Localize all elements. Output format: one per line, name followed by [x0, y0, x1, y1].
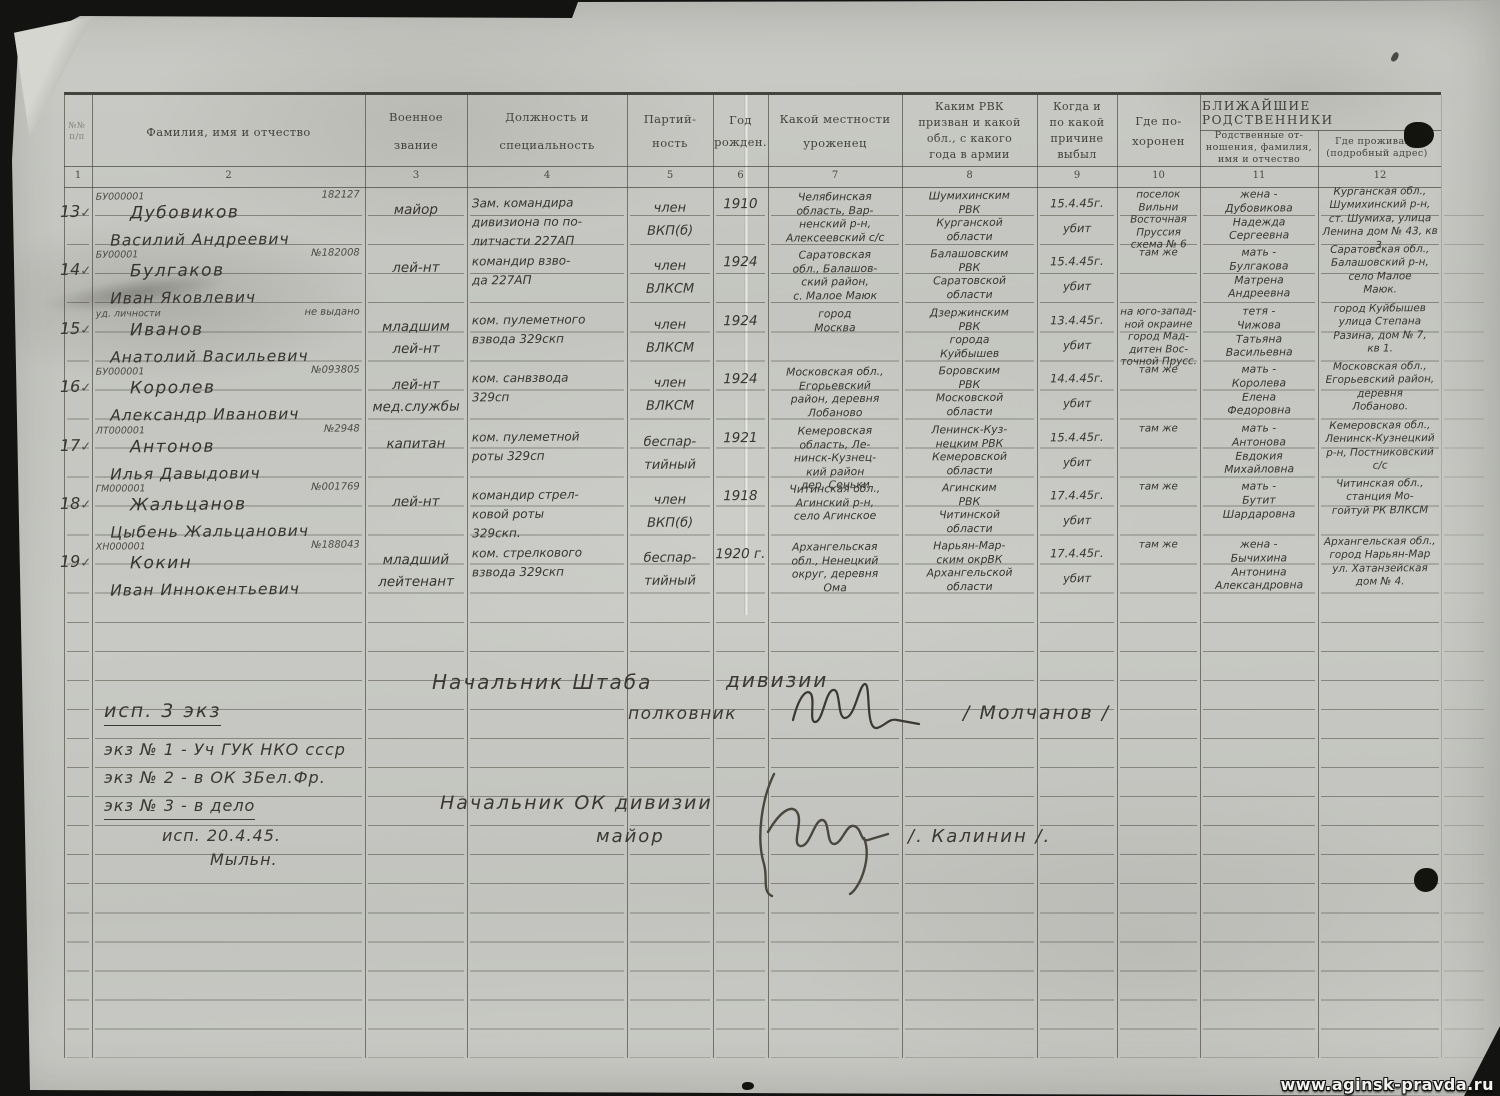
row-regno: не выдано [304, 306, 359, 317]
next-of-kin: мать - Булгакова Матрена Андреевна [1202, 245, 1316, 301]
row-code: БУ000001 [96, 366, 145, 377]
row-code: уд. личности [96, 308, 161, 320]
row-regno: №093805 [311, 365, 360, 376]
chief-of-staff-name: / Молчанов / [963, 702, 1110, 724]
row-code: БУ00001 [96, 250, 139, 261]
birthplace: город Москва [770, 306, 900, 334]
chief-ok-rank: майор [596, 826, 665, 847]
duty-position: ком. пулеметной роты 329сп [470, 427, 626, 466]
kin-address: Архангельская обл., город Нарьян-Мар ул.… [1320, 535, 1440, 590]
row-number: 16✓ [60, 377, 100, 396]
birth-year: 1924 [714, 254, 767, 270]
col-header-born: Год рожден. [713, 96, 768, 166]
given-name: Цыбень Жальцанович [110, 522, 309, 542]
surname: Антонов [130, 436, 215, 457]
duty-position: Зам. командира дивизиона по по- литчасти… [470, 193, 626, 251]
date-and-cause: 13.4.45г. убит [1039, 308, 1115, 359]
executor-signature: Мыльн. [210, 850, 278, 869]
row-number: 17✓ [60, 435, 100, 454]
next-of-kin: мать - Королева Елена Федоровна [1202, 362, 1316, 418]
executed-date: исп. 20.4.45. [162, 826, 281, 845]
given-name: Иван Иннокентьевич [110, 580, 300, 600]
row-code: БУ000001 [96, 191, 145, 202]
copy3-note: экз № 3 - в дело [104, 796, 255, 820]
birthplace: Московская обл., Егорьевский район, дере… [770, 365, 900, 421]
col-header-rvk: Каким РВК призван и какой обл., с какого… [904, 96, 1035, 166]
surname: Булгаков [130, 261, 225, 282]
military-rank: младший лейтенант [368, 549, 464, 594]
col-header-duty: Должность и специальность [470, 96, 624, 166]
surname: Кокин [130, 553, 193, 574]
row-regno: №001769 [311, 481, 360, 492]
check-mark: ✓ [80, 498, 91, 513]
party-membership: член ВЛКСМ [630, 255, 710, 302]
date-and-cause: 14.4.45г. убит [1039, 366, 1115, 417]
drafting-rvk: Балашовским РВК Саратовской области [904, 247, 1035, 303]
surname: Королев [130, 378, 216, 399]
signature-kalinin [742, 768, 912, 898]
given-name: Василий Андреевич [110, 230, 290, 250]
drafting-rvk: Боровским РВК Московской области [904, 364, 1035, 420]
birth-year: 1924 [714, 371, 767, 387]
date-and-cause: 17.4.45г. убит [1039, 541, 1115, 592]
row-number: 13✓ [60, 202, 100, 221]
party-membership: член ВЛКСМ [630, 313, 710, 360]
burial-place: там же [1119, 363, 1198, 376]
col-header-name: Фамилия, имя и отчество [96, 100, 361, 164]
next-of-kin: жена - Бычихина Антонина Александровна [1202, 537, 1316, 593]
party-membership: беспар- тийный [630, 547, 710, 594]
drafting-rvk: Ленинск-Куз- нецким РВК Кемеровской обла… [904, 422, 1035, 478]
party-membership: член ВКП(б) [630, 196, 710, 243]
copies-note: исп. 3 экз [104, 700, 221, 726]
date-and-cause: 15.4.45г. убит [1039, 191, 1115, 242]
row-code: ГМ000001 [96, 483, 146, 494]
col-header-relative: Родственные от- ношения, фамилия, имя и … [1202, 130, 1316, 166]
kin-address: Саратовская обл., Балашовский р-н, село … [1320, 243, 1440, 298]
chief-of-staff-title: Начальник Штаба [432, 670, 652, 694]
check-mark: ✓ [80, 323, 91, 338]
column-number: 5 [627, 170, 713, 181]
relatives-group-header: БЛИЖАЙШИЕ РОДСТВЕННИКИ [1202, 98, 1440, 128]
next-of-kin: мать - Бутит Шардаровна [1202, 479, 1316, 521]
chief-of-staff-rank: полковник [628, 704, 737, 724]
check-mark: ✓ [80, 439, 91, 454]
date-and-cause: 15.4.45г. убит [1039, 249, 1115, 300]
burial-place: там же [1119, 246, 1198, 259]
copy2-note: экз № 2 - в ОК 3Бел.Фр. [104, 768, 326, 787]
chief-ok-title: Начальник ОК дивизии [440, 792, 713, 814]
duty-position: командир взво- да 227АП [470, 251, 626, 290]
party-membership: член ВКП(б) [630, 488, 710, 535]
burial-place: на юго-запад- ной окраине город Мад- дит… [1119, 305, 1199, 369]
military-rank: младшим лей-нт [368, 315, 464, 360]
birth-year: 1910 [714, 196, 767, 212]
next-of-kin: жена - Дубовикова Надежда Сергеевна [1202, 187, 1316, 243]
given-name: Анатолий Васильевич [110, 347, 309, 367]
duty-position: ком. пулеметного взвода 329скп [470, 310, 626, 349]
kin-address: Московская обл., Егорьевский район, дере… [1320, 360, 1440, 415]
row-number: 14✓ [60, 260, 100, 279]
burial-place: там же [1119, 538, 1198, 551]
row-regno: №188043 [311, 540, 360, 551]
burial-place: там же [1119, 480, 1198, 493]
column-number: 6 [713, 170, 768, 181]
col-header-birthplace: Какой местности уроженец [770, 96, 900, 166]
copy1-note: экз № 1 - Уч ГУК НКО ссср [104, 740, 346, 759]
party-membership: беспар- тийный [630, 430, 710, 477]
birthplace: Челябинская область, Вар- ненский р-н, А… [770, 190, 900, 246]
duty-position: командир стрел- ковой роты 329скп. [470, 485, 626, 543]
column-number: 3 [365, 170, 467, 181]
drafting-rvk: Дзержинским РВК города Куйбышев [904, 305, 1035, 361]
birthplace: Читинская обл., Агинский р-н, село Агинс… [770, 482, 900, 524]
column-number: 8 [902, 170, 1037, 181]
date-and-cause: 17.4.45г. убит [1039, 483, 1115, 534]
kin-address: Читинская обл., станция Мо- гойтуй РК ВЛ… [1320, 477, 1440, 518]
col-header-npp: №№ п/п [60, 100, 94, 164]
burial-place: там же [1119, 422, 1198, 435]
next-of-kin: тетя - Чижова Татьяна Васильевна [1202, 304, 1316, 360]
row-number: 19✓ [60, 552, 100, 571]
next-of-kin: мать - Антонова Евдокия Михайловна [1202, 421, 1316, 477]
col-header-burial: Где по- хоронен [1119, 96, 1198, 166]
military-rank: лей-нт [368, 257, 464, 280]
col-header-fate: Когда и по какой причине выбыл [1039, 96, 1115, 166]
row-regno: №2948 [324, 423, 360, 434]
surname: Жальцанов [130, 494, 247, 515]
given-name: Иван Яковлевич [110, 289, 256, 308]
grid-ruling [64, 92, 1441, 95]
row-regno: №182008 [311, 248, 360, 259]
check-mark: ✓ [80, 381, 91, 396]
kin-address: город Куйбышев улица Степана Разина, дом… [1320, 302, 1440, 357]
duty-position: ком. санвзвода 329сп [470, 368, 626, 407]
column-number: 9 [1037, 170, 1117, 181]
birth-year: 1924 [714, 313, 767, 329]
birth-year: 1921 [714, 429, 767, 445]
signature-molchanov [785, 678, 925, 738]
drafting-rvk: Агинским РВК Читинской области [904, 481, 1035, 537]
grid-hline [64, 166, 1441, 167]
birth-year: 1918 [714, 488, 767, 504]
surname: Дубовиков [130, 202, 240, 223]
military-rank: лей-нт [368, 490, 464, 513]
drafting-rvk: Нарьян-Мар- ским окрВК Архангельской обл… [904, 539, 1035, 595]
column-number: 7 [768, 170, 902, 181]
row-code: ЛТ000001 [96, 425, 145, 436]
military-rank: майор [368, 198, 464, 221]
row-regno: 182127 [322, 189, 360, 200]
military-rank: капитан [368, 432, 464, 455]
column-number: 12 [1318, 170, 1442, 181]
birthplace: Архангельская обл., Ненецкий округ, дере… [770, 540, 900, 596]
column-number: 11 [1200, 170, 1318, 181]
given-name: Александр Иванович [110, 405, 299, 425]
row-number: 15✓ [60, 318, 100, 337]
drafting-rvk: Шумихинским РВК Курганской области [904, 189, 1035, 245]
scanned-document: №№ п/п Фамилия, имя и отчество Военное з… [0, 0, 1500, 1096]
duty-position: ком. стрелкового взвода 329скп [470, 543, 626, 582]
column-number: 10 [1117, 170, 1200, 181]
col-header-party: Партий- ность [630, 96, 710, 166]
site-watermark: www.aginsk-pravda.ru [1280, 1075, 1494, 1094]
military-rank: лей-нт мед.службы [368, 374, 464, 419]
column-number: 2 [92, 170, 365, 181]
column-number: 1 [64, 170, 92, 181]
surname: Иванов [130, 320, 204, 341]
check-mark: ✓ [80, 264, 91, 279]
birth-year: 1920 г. [714, 546, 767, 562]
kin-address: Кемеровская обл., Ленинск-Кузнецкий р-н,… [1320, 419, 1440, 474]
date-and-cause: 15.4.45г. убит [1039, 424, 1115, 475]
birthplace: Саратовская обл., Балашов- ский район, с… [770, 248, 900, 304]
check-mark: ✓ [80, 206, 91, 221]
party-membership: член ВЛКСМ [630, 372, 710, 419]
burial-place: поселок Вильни Восточная Пруссия схема №… [1119, 188, 1199, 252]
col-header-rank: Военное звание [368, 96, 464, 166]
chief-ok-name: /. Калинин /. [908, 826, 1051, 847]
row-number: 18✓ [60, 494, 100, 513]
given-name: Илья Давыдович [110, 464, 261, 483]
check-mark: ✓ [80, 556, 91, 571]
column-number: 4 [467, 170, 627, 181]
row-code: ХН000001 [96, 542, 146, 553]
